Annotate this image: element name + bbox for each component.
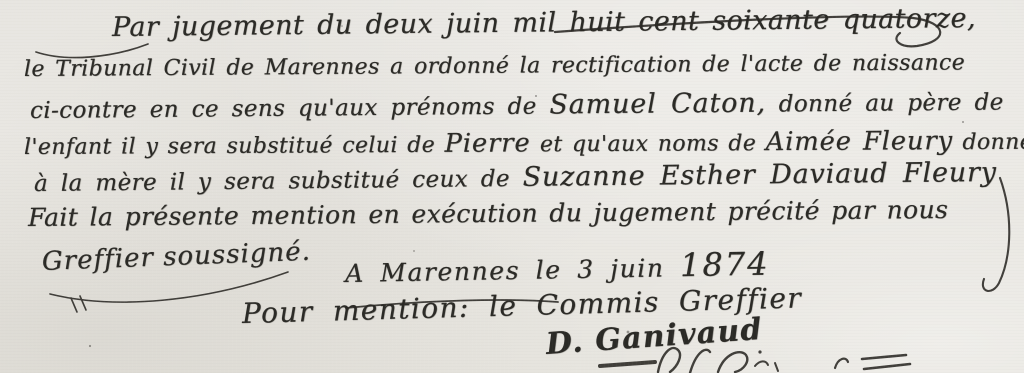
line-text: et qu'aux noms de xyxy=(531,131,766,157)
handwritten-line-substitution: l'enfant il y sera substitué celui de Pi… xyxy=(24,126,1024,161)
handwritten-line-judgment-date: Par jugement du deux juin mil huit cent … xyxy=(112,3,976,43)
line-text: à la mère il y sera substitué ceux de xyxy=(34,166,523,197)
handwritten-line-father-correction: ci-contre en ce sens qu'aux prénoms de S… xyxy=(30,86,1004,125)
line-text: Fait la présente mention en exécution du… xyxy=(28,195,949,232)
substituted-mother-names: Suzanne Esther Daviaud Fleury xyxy=(522,157,997,193)
handwritten-text-layer: Par jugement du deux juin mil huit cent … xyxy=(0,0,1024,373)
handwritten-line-tribunal: le Tribunal Civil de Marennes a ordonné … xyxy=(24,50,965,82)
father-name: Samuel Caton, xyxy=(549,88,766,121)
line-text: donnés xyxy=(953,130,1024,155)
place-date-text: A Marennes le 3 juin xyxy=(345,253,681,288)
line-text: Par jugement du deux juin mil huit cent … xyxy=(112,3,976,43)
handwritten-line-mention-execution: Fait la présente mention en exécution du… xyxy=(28,195,949,232)
line-text: Greffier soussigné. xyxy=(41,237,311,277)
line-text: ci-contre en ce sens qu'aux prénoms de xyxy=(30,93,550,124)
line-text: le Tribunal Civil de Marennes a ordonné … xyxy=(24,50,965,82)
year-digits: 1874 xyxy=(680,245,770,285)
substituted-forename: Pierre xyxy=(444,128,530,158)
handwritten-line-mother-correction: à la mère il y sera substitué ceux de Su… xyxy=(34,157,997,198)
line-text: l'enfant il y sera substitué celui de xyxy=(24,133,445,160)
line-text: donné au père de xyxy=(766,90,1004,118)
scanned-document: Par jugement du deux juin mil huit cent … xyxy=(0,0,1024,373)
mother-name: Aimée Fleury xyxy=(766,126,954,157)
clerk-line: Greffier soussigné. xyxy=(41,237,311,277)
